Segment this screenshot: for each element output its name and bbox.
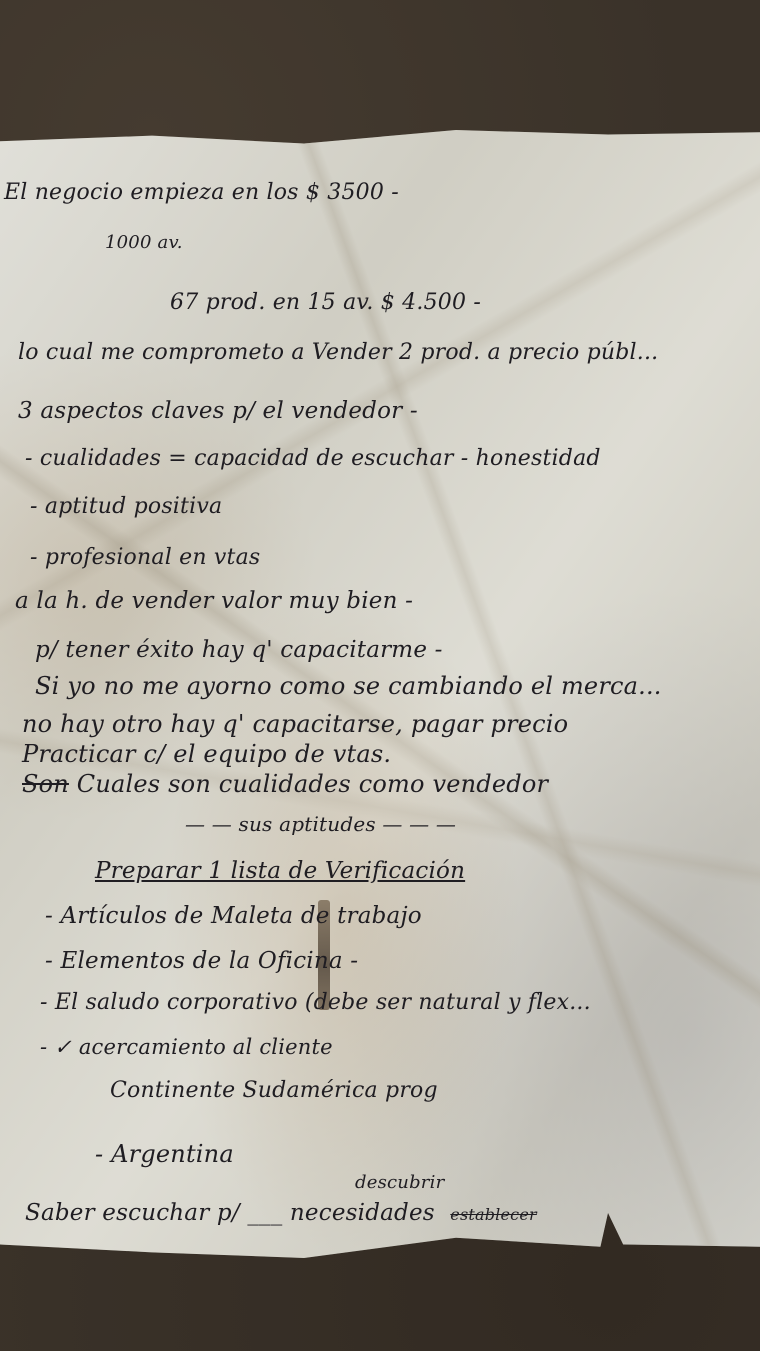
note-line-7: - aptitud positiva (30, 494, 222, 519)
note-line-17: - Artículos de Maleta de trabajo (45, 903, 422, 929)
note-line-20: - ✓ acercamiento al cliente (40, 1035, 333, 1059)
note-line-8: - profesional en vtas (30, 545, 260, 570)
note-line-21: Continente Sudamérica prog (110, 1078, 438, 1103)
note-line-2: 1000 av. (105, 232, 183, 253)
struck-word: Son (22, 770, 69, 798)
note-line-3: 67 prod. en 15 av. $ 4.500 - (170, 290, 481, 315)
note-line-11: Si yo no me ayorno como se cambiando el … (35, 672, 662, 700)
note-line-18: - Elementos de la Oficina - (45, 948, 358, 974)
note-line-6: - cualidades = capacidad de escuchar - h… (25, 446, 601, 471)
note-line-13: Practicar c/ el equipo de vtas. (22, 740, 391, 768)
note-line-10: p/ tener éxito hay q' capacitarme - (35, 637, 443, 663)
note-inserted-word: descubrir (355, 1172, 444, 1193)
note-line-22: - Argentina (95, 1140, 234, 1168)
note-line-14-text: Cuales son cualidades como vendedor (77, 770, 548, 798)
note-line-23: Saber escuchar p/ ___ necesidades establ… (25, 1200, 537, 1226)
note-line-4: lo cual me comprometo a Vender 2 prod. a… (18, 340, 658, 365)
note-heading-checklist: Preparar 1 lista de Verificación (95, 858, 465, 884)
note-line-15: — — sus aptitudes — — — (185, 812, 456, 836)
struck-word: establecer (450, 1205, 537, 1224)
note-line-23-text: Saber escuchar p/ ___ necesidades (25, 1200, 435, 1226)
note-line-5: 3 aspectos claves p/ el vendedor - (18, 398, 418, 424)
note-line-19: - El saludo corporativo (debe ser natura… (40, 990, 591, 1015)
note-line-1: El negocio empieza en los $ 3500 - (4, 180, 399, 205)
note-line-14: Son Cuales son cualidades como vendedor (22, 770, 548, 798)
note-line-9: a la h. de vender valor muy bien - (15, 588, 413, 614)
note-line-12: no hay otro hay q' capacitarse, pagar pr… (22, 710, 568, 738)
